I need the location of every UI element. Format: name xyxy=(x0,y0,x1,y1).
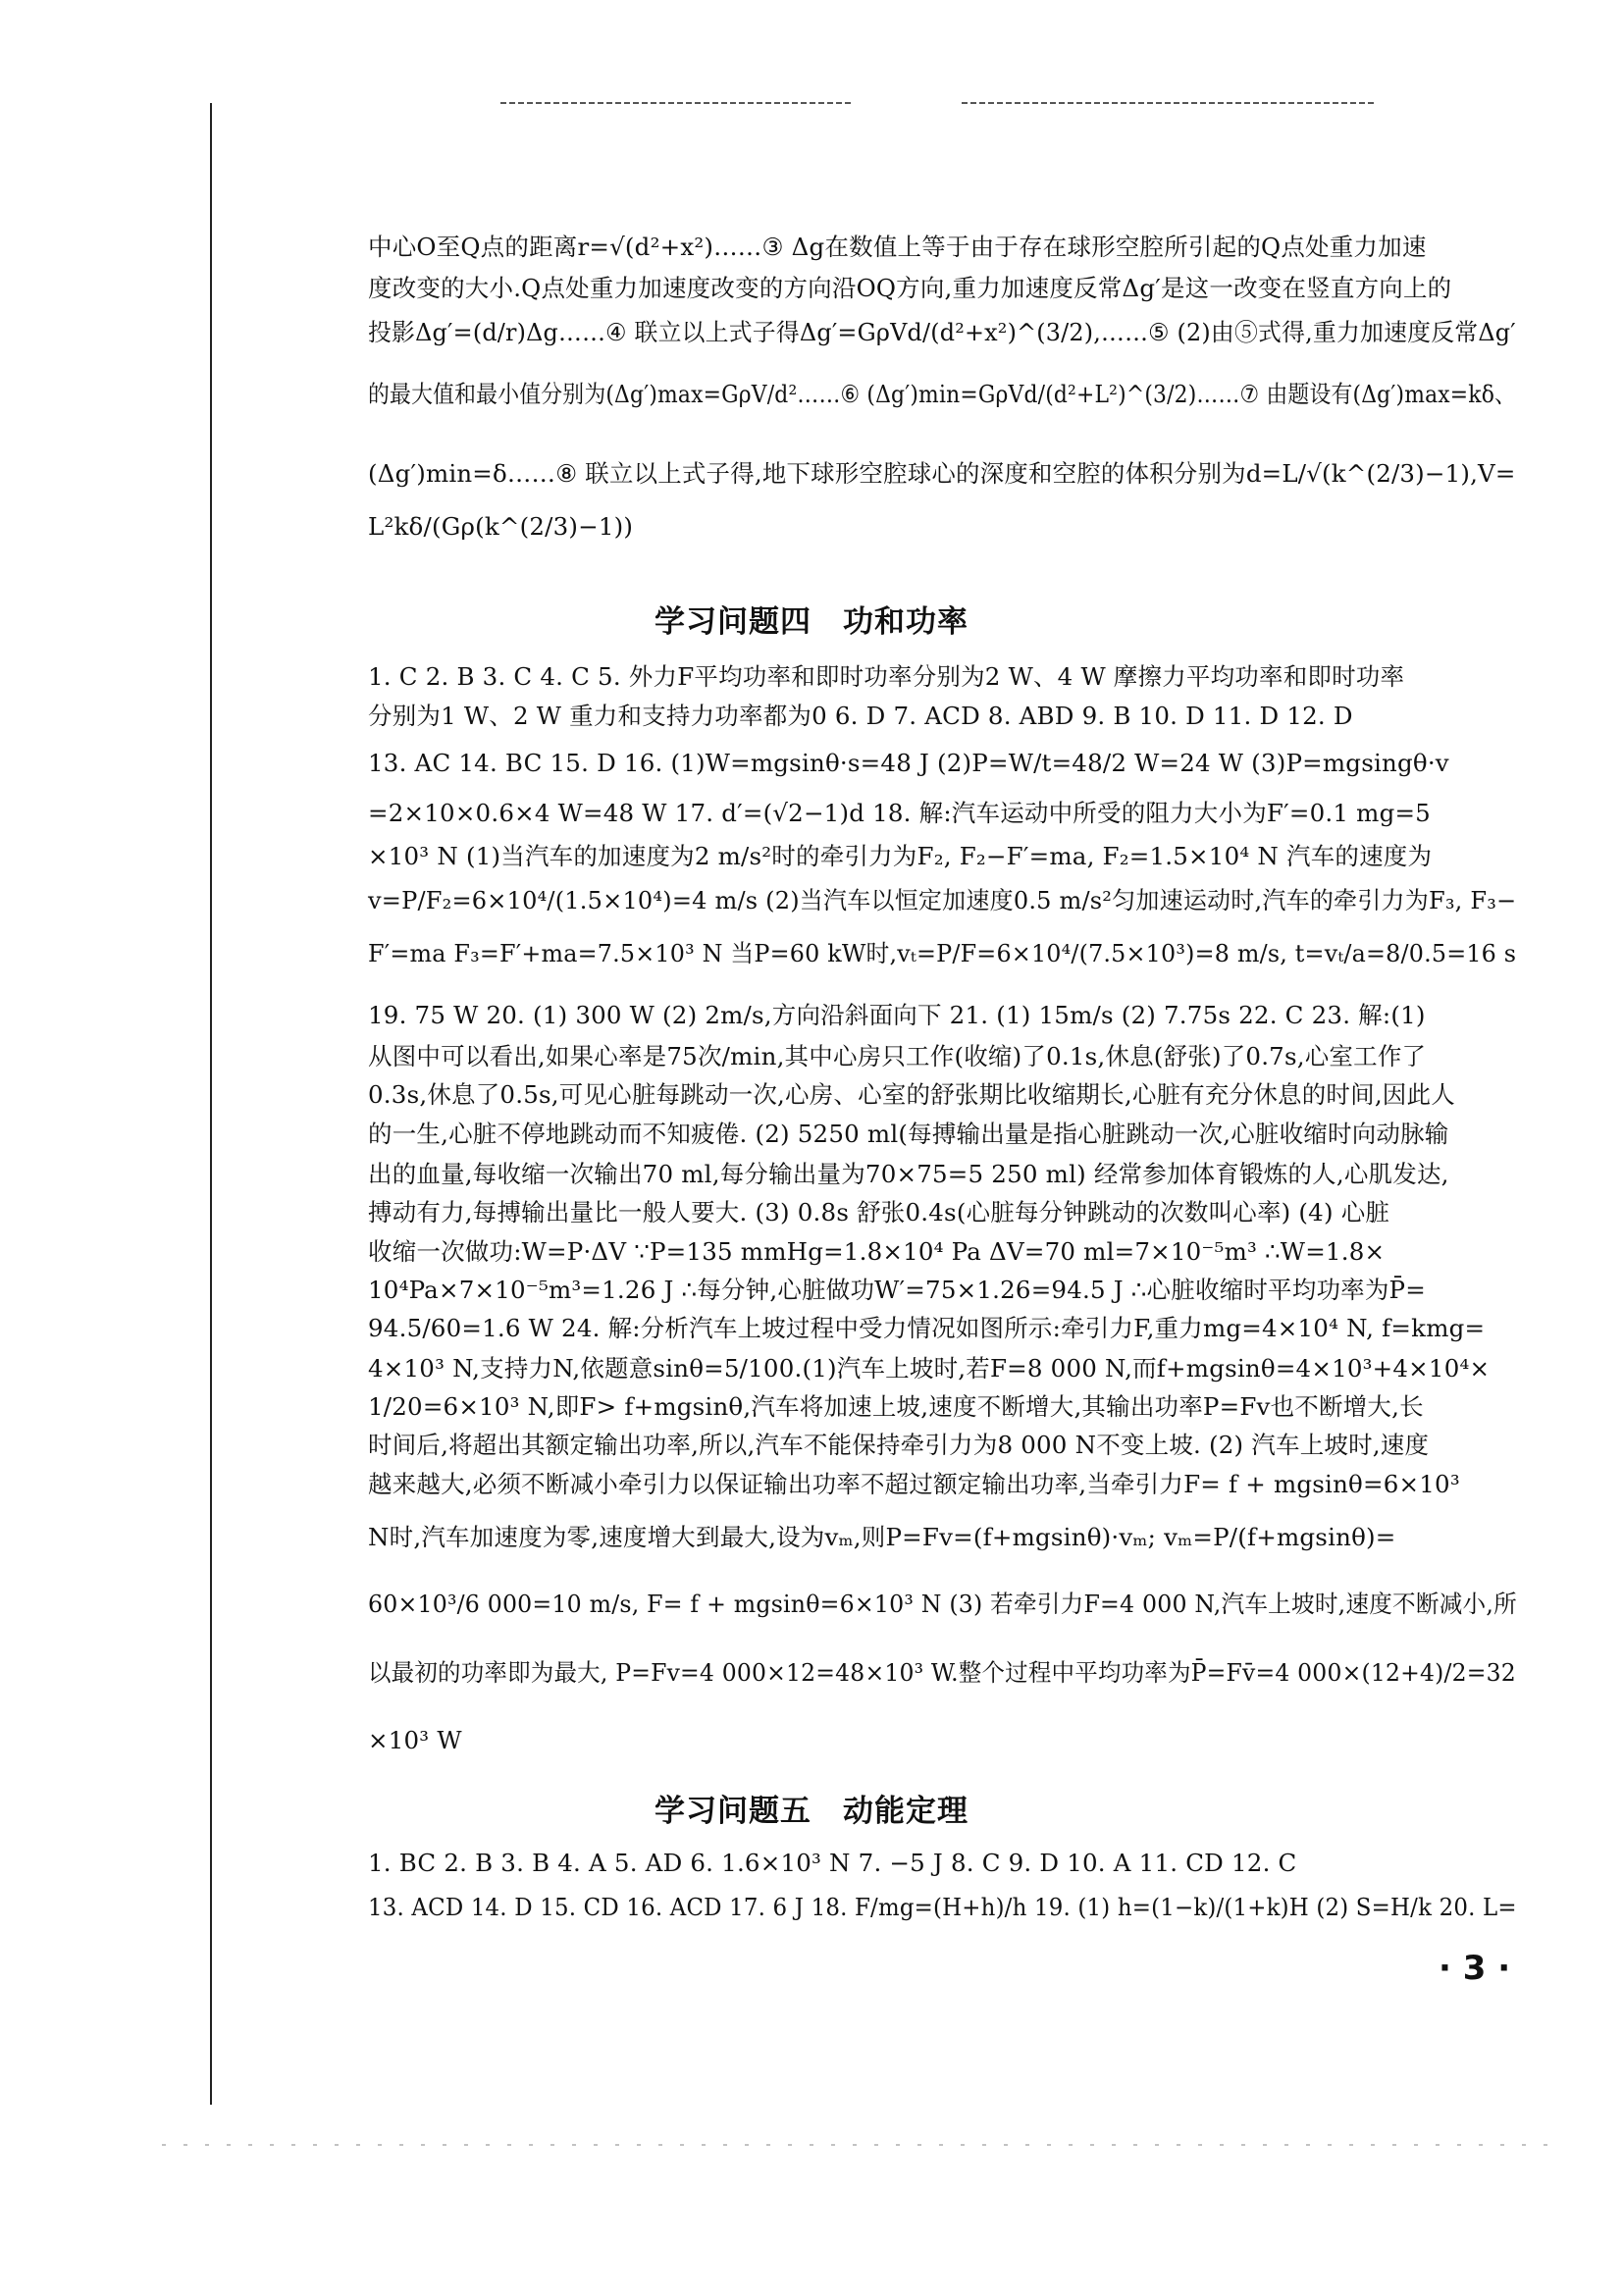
text-line: 的最大值和最小值分别为(Δg′)max=GρV/d²……⑥ (Δg′)min=G… xyxy=(368,379,1392,410)
text-line: 收缩一次做功:W=P·ΔV ∵P=135 mmHg=1.8×10⁴ Pa ΔV=… xyxy=(368,1236,1516,1268)
text-line: 1/20=6×10³ N,即F> f+mgsinθ,汽车将加速上坡,速度不断增大… xyxy=(368,1391,1516,1423)
text-line: 搏动有力,每搏输出量比一般人要大. (3) 0.8s 舒张0.4s(心脏每分钟跳… xyxy=(368,1197,1516,1228)
text-line: 4×10³ N,支持力N,依题意sinθ=5/100.(1)汽车上坡时,若F=8… xyxy=(368,1353,1516,1384)
text-line: 1. BC 2. B 3. B 4. A 5. AD 6. 1.6×10³ N … xyxy=(368,1848,1516,1879)
text-line: 以最初的功率即为最大, P=Fv=4 000×12=48×10³ W.整个过程中… xyxy=(368,1657,1469,1689)
section-title: 学习问题五 动能定理 xyxy=(0,1786,1623,1830)
text-line: 时间后,将超出其额定输出功率,所以,汽车不能保持牵引力为8 000 N不变上坡.… xyxy=(368,1430,1516,1461)
text-line: 13. AC 14. BC 15. D 16. (1)W=mgsinθ·s=48… xyxy=(368,748,1516,779)
text-line: 分别为1 W、2 W 重力和支持力功率都为0 6. D 7. ACD 8. AB… xyxy=(368,701,1516,732)
text-line: ×10³ N (1)当汽车的加速度为2 m/s²时的牵引力为F₂, F₂−F′=… xyxy=(368,841,1516,872)
text-line: 中心O至Q点的距离r=√(d²+x²)……③ Δg在数值上等于由于存在球形空腔所… xyxy=(368,232,1516,263)
text-line: 94.5/60=1.6 W 24. 解:分析汽车上坡过程中受力情况如图所示:牵引… xyxy=(368,1313,1516,1344)
header-rule-right xyxy=(962,102,1374,104)
text-line: L²kδ/(Gρ(k^(2/3)−1)) xyxy=(368,511,1516,543)
text-line: N时,汽车加速度为零,速度增大到最大,设为vₘ,则P=Fv=(f+mgsinθ)… xyxy=(368,1522,1516,1553)
text-line: 投影Δg′=(d/r)Δg……④ 联立以上式子得Δg′=GρVd/(d²+x²)… xyxy=(368,317,1487,348)
text-line: 10⁴Pa×7×10⁻⁵m³=1.26 J ∴每分钟,心脏做功W′=75×1.2… xyxy=(368,1275,1516,1306)
text-line: v=P/F₂=6×10⁴/(1.5×10⁴)=4 m/s (2)当汽车以恒定加速… xyxy=(368,885,1494,916)
text-line: 60×10³/6 000=10 m/s, F= f + mgsinθ=6×10³… xyxy=(368,1589,1476,1620)
text-line: 0.3s,休息了0.5s,可见心脏每跳动一次,心房、心室的舒张期比收缩期长,心脏… xyxy=(368,1079,1516,1111)
text-line: 越来越大,必须不断减小牵引力以保证输出功率不超过额定输出功率,当牵引力F= f … xyxy=(368,1469,1516,1500)
text-line: ×10³ W xyxy=(368,1725,1516,1756)
footer-rule xyxy=(162,2144,1555,2146)
text-line: =2×10×0.6×4 W=48 W 17. d′=(√2−1)d 18. 解:… xyxy=(368,798,1516,829)
text-line: 从图中可以看出,如果心率是75次/min,其中心房只工作(收缩)了0.1s,休息… xyxy=(368,1041,1516,1072)
text-line: 1. C 2. B 3. C 4. C 5. 外力F平均功率和即时功率分别为2 … xyxy=(368,661,1516,693)
text-line: 出的血量,每收缩一次输出70 ml,每分输出量为70×75=5 250 ml) … xyxy=(368,1159,1516,1190)
text-line: 13. ACD 14. D 15. CD 16. ACD 17. 6 J 18.… xyxy=(368,1892,1440,1923)
text-line: 19. 75 W 20. (1) 300 W (2) 2m/s,方向沿斜面向下 … xyxy=(368,1000,1516,1031)
text-line: 的一生,心脏不停地跳动而不知疲倦. (2) 5250 ml(每搏输出量是指心脏跳… xyxy=(368,1119,1516,1150)
text-line: 度改变的大小.Q点处重力加速度改变的方向沿OQ方向,重力加速度反常Δg′是这一改… xyxy=(368,273,1516,304)
header-rule-left xyxy=(500,102,854,104)
page-number: · 3 · xyxy=(1439,1949,1510,1988)
text-line: (Δg′)min=δ……⑧ 联立以上式子得,地下球形空腔球心的深度和空腔的体积分… xyxy=(368,458,1514,490)
section-title: 学习问题四 功和功率 xyxy=(0,597,1623,641)
text-line: F′=ma F₃=F′+ma=7.5×10³ N 当P=60 kW时,vₜ=P/… xyxy=(368,938,1484,969)
